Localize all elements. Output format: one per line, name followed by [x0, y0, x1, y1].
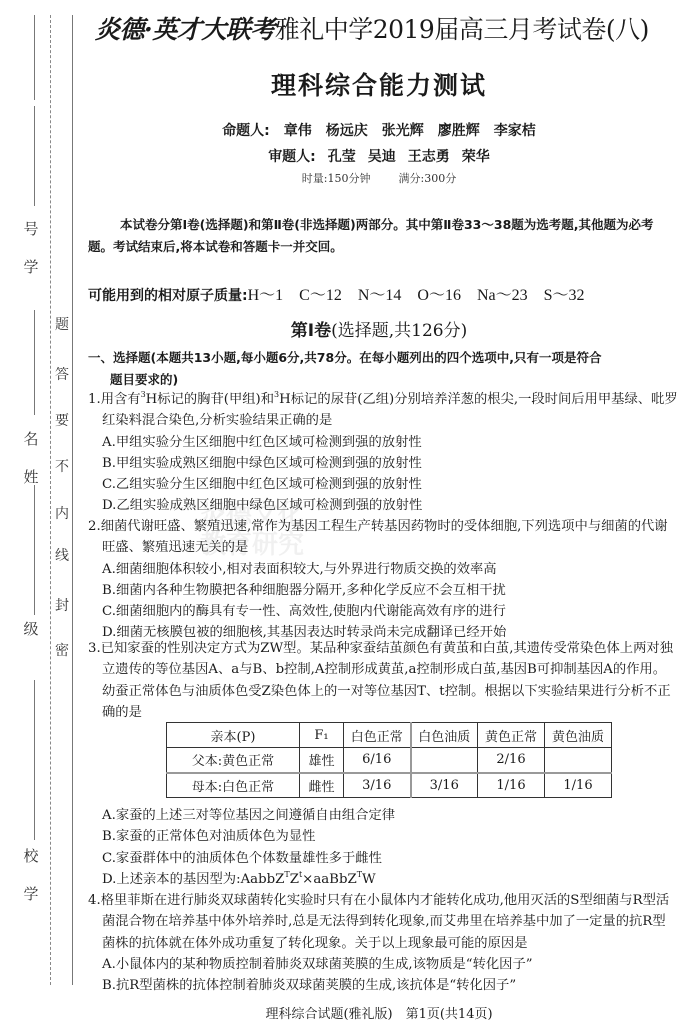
question-stem: 4.格里菲斯在进行肺炎双球菌转化实验时只有在小鼠体内才能转化成功,他用灭活的S型…	[88, 890, 678, 954]
option-a: A.甲组实验分生区细胞中红色区域可检测到强的放射性	[88, 432, 678, 453]
name-label: 名姓	[20, 428, 42, 488]
question-stem: 1.用含有3H标记的胸苷(甲组)和3H标记的尿苷(乙组)分别培养洋葱的根尖,一段…	[88, 389, 678, 432]
option-c: C.家蚕群体中的油质体色个体数量雄性多于雌性	[88, 848, 678, 869]
atomic-mass-item: C～12	[299, 287, 342, 304]
instructions: 本试卷分第Ⅰ卷(选择题)和第Ⅱ卷(非选择题)两部分。其中第Ⅱ卷33～38题为选考…	[88, 214, 670, 258]
table-row: 父本:黄色正常 雄性 6/16 2/16	[167, 748, 612, 773]
atomic-masses: 可能用到的相对原子质量:H～1C～12N～14O～16Na～23S～32	[88, 282, 670, 305]
seal-char: 不	[54, 456, 70, 476]
authors-label: 命题人:章伟	[222, 123, 312, 139]
question-1: 1.用含有3H标记的胸苷(甲组)和3H标记的尿苷(乙组)分别培养洋葱的根尖,一段…	[88, 389, 678, 517]
option-d: D.乙组实验成熟区细胞中绿色区域可检测到强的放射性	[88, 495, 678, 516]
part-heading: 一、选择题(本题共13小题,每小题6分,共78分。在每小题列出的四个选项中,只有…	[88, 347, 678, 391]
exam-title: 炎德·英才大联考雅礼中学2019届高三月考试卷(八)	[95, 10, 685, 46]
school-label: 校学	[20, 845, 42, 905]
class-fill-line	[34, 485, 35, 615]
seal-char: 线	[54, 545, 70, 565]
question-4: 4.格里菲斯在进行肺炎双球菌转化实验时只有在小鼠体内才能转化成功,他用灭活的S型…	[88, 890, 678, 996]
option-b: B.甲组实验成熟区细胞中绿色区域可检测到强的放射性	[88, 453, 678, 474]
reviewer: 王志勇	[408, 149, 450, 165]
reviewers-line: 审题人:孔莹吴迪王志勇荣华	[0, 146, 688, 166]
atomic-mass-item: S～32	[544, 287, 585, 304]
option-a: A.细菌细胞体积较小,相对表面积较大,与外界进行物质交换的效率高	[88, 559, 678, 580]
question-3-options: A.家蚕的上述三对等位基因之间遵循自由组合定律 B.家蚕的正常体色对油质体色为显…	[88, 805, 678, 890]
author: 杨远庆	[326, 123, 368, 139]
option-b: B.家蚕的正常体色对油质体色为显性	[88, 826, 678, 847]
question-stem: 3.已知家蚕的性别决定方式为ZW型。某品种家蚕结茧颜色有黄茧和白茧,其遗传受常染…	[88, 638, 678, 723]
reviewer: 荣华	[462, 149, 490, 165]
atomic-mass-item: Na～23	[477, 287, 528, 304]
atomic-mass-item: N～14	[358, 287, 402, 304]
atomic-masses-label: 可能用到的相对原子质量:	[88, 288, 248, 304]
page-footer: 理科综合试题(雅礼版) 第1页(共14页)	[0, 1003, 688, 1022]
option-a: A.家蚕的上述三对等位基因之间遵循自由组合定律	[88, 805, 678, 826]
seal-char: 封	[54, 595, 70, 615]
student-id-label: 号学	[20, 218, 42, 278]
seal-char: 内	[54, 503, 70, 523]
school-fill-line	[34, 680, 35, 840]
reviewers-label: 审题人:孔莹	[268, 149, 356, 165]
experiment-table: 亲本(P) F₁ 白色正常 白色油质 黄色正常 黄色油质 父本:黄色正常 雄性 …	[166, 722, 612, 798]
atomic-mass-item: O～16	[417, 287, 461, 304]
authors-line: 命题人:章伟杨远庆张光辉廖胜辉李家桔	[0, 120, 688, 140]
class-label: 级	[20, 618, 42, 656]
atomic-mass-item: H～1	[248, 287, 284, 304]
time-limit: 时量:150分钟	[302, 172, 371, 185]
option-a: A.小鼠体内的某种物质控制着肺炎双球菌荚膜的生成,该物质是“转化因子”	[88, 954, 678, 975]
author: 廖胜辉	[438, 123, 480, 139]
author: 张光辉	[382, 123, 424, 139]
seal-char: 答	[54, 364, 70, 384]
option-c: C.乙组实验分生区细胞中红色区域可检测到强的放射性	[88, 474, 678, 495]
option-b: B.细菌内各种生物膜把各种细胞器分隔开,多种化学反应不会互相干扰	[88, 580, 678, 601]
table-row: 母本:白色正常 雌性 3/16 3/16 1/16 1/16	[167, 773, 612, 798]
option-b: B.抗R型菌株的抗体控制着肺炎双球菌荚膜的生成,该抗体是“转化因子”	[88, 975, 678, 996]
question-2: 2.细菌代谢旺盛、繁殖迅速,常作为基因工程生产转基因药物时的受体细胞,下列选项中…	[88, 516, 678, 644]
full-score: 满分:300分	[399, 172, 457, 185]
subject-title: 理科综合能力测试	[0, 66, 688, 102]
author: 李家桔	[494, 123, 536, 139]
exam-name: 雅礼中学2019届高三月考试卷(八)	[275, 15, 649, 44]
exam-meta: 时量:150分钟满分:300分	[0, 170, 688, 186]
section-title: 第Ⅰ卷(选择题,共126分)	[0, 316, 688, 341]
question-3: 3.已知家蚕的性别决定方式为ZW型。某品种家蚕结茧颜色有黄茧和白茧,其遗传受常染…	[88, 638, 678, 723]
question-stem: 2.细菌代谢旺盛、繁殖迅速,常作为基因工程生产转基因药物时的受体细胞,下列选项中…	[88, 516, 678, 559]
option-c: C.细菌细胞内的酶具有专一性、高效性,使胞内代谢能高效有序的进行	[88, 601, 678, 622]
seal-char: 要	[54, 410, 70, 430]
seal-char: 密	[54, 640, 70, 660]
reviewer: 吴迪	[368, 149, 396, 165]
exam-series: 炎德·英才大联考	[95, 15, 275, 44]
option-d: D.上述亲本的基因型为:AabbZTZt×aaBbZTW	[88, 869, 678, 890]
table-header-row: 亲本(P) F₁ 白色正常 白色油质 黄色正常 黄色油质	[167, 723, 612, 748]
